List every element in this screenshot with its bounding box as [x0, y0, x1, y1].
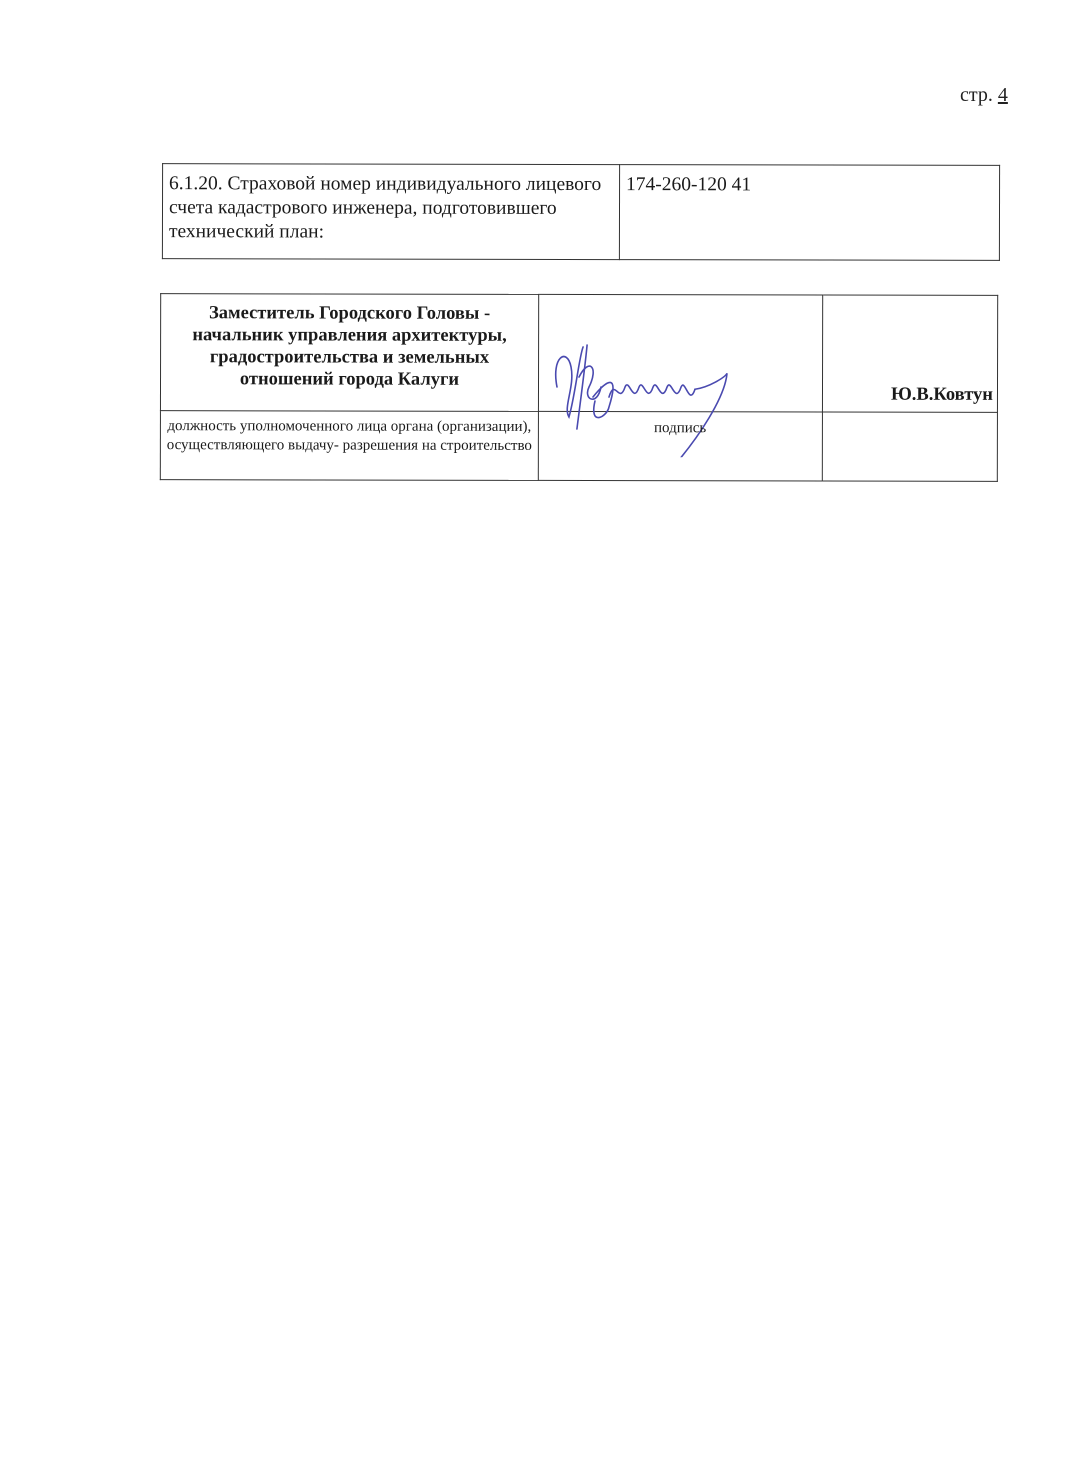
signature-table: Заместитель Городского Головы - начальни… [160, 293, 998, 482]
page-number-value: 4 [998, 84, 1008, 106]
role-caption: должность уполномоченного лица органа (о… [160, 411, 538, 481]
page-number: стр. 4 [960, 84, 1008, 107]
table-row: должность уполномоченного лица органа (о… [160, 411, 997, 482]
table-row: Заместитель Городского Головы - начальни… [160, 294, 997, 413]
table-row: 6.1.20. Страховой номер индивидуального … [162, 164, 999, 261]
page-prefix: стр. [960, 84, 993, 106]
official-name: Ю.В.Ковтун [822, 295, 998, 412]
signature-caption: подпись [538, 411, 822, 481]
insurance-number-table: 6.1.20. Страховой номер индивидуального … [162, 163, 1000, 261]
field-label: 6.1.20. Страховой номер индивидуального … [162, 164, 619, 260]
official-role: Заместитель Городского Головы - начальни… [160, 294, 538, 412]
signature-cell [538, 294, 822, 412]
field-value: 174-260-120 41 [619, 165, 999, 261]
name-caption [822, 412, 998, 481]
